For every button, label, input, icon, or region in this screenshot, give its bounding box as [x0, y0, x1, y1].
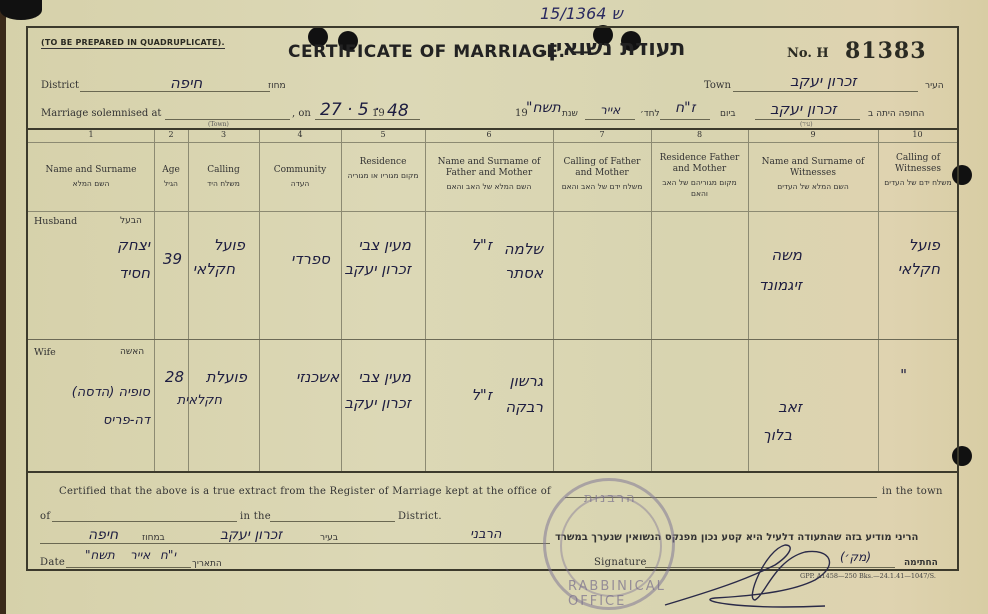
column-number: 7 — [553, 130, 651, 139]
row-label-he: האשה — [120, 347, 144, 357]
he-year-value: תשח" — [526, 100, 561, 116]
column-header-row: Name and Surname השם המלא Age הגיל Calli… — [28, 143, 957, 212]
he-town-label: בעיר — [320, 533, 338, 543]
header-en: Residence — [360, 157, 407, 167]
reference-number: ש 15/1364 — [540, 4, 623, 23]
husband-mother: אסתר — [505, 258, 543, 288]
husband-residence-2: זכרון יעקב — [344, 254, 411, 284]
column-number: 2 — [154, 130, 188, 139]
husband-age: 39 — [163, 244, 182, 274]
column-number: 4 — [259, 130, 341, 139]
header-parents-calling: Calling of Father and Mother משלח ידם של… — [556, 157, 648, 192]
he-chuppah-label: החופה היתה ב — [868, 109, 924, 119]
date-he-year: תשח" — [85, 548, 115, 562]
husband-witness-calling-2: חקלאי — [898, 254, 940, 284]
wife-surname: דה-פריס — [103, 406, 150, 436]
certificate-paper: ש 15/1364 (TO BE PREPARED IN QUADRUPLICA… — [0, 0, 988, 614]
signature-label-he: החתימה — [904, 558, 938, 568]
he-month-line — [585, 119, 635, 120]
header-age: Age הגיל — [154, 165, 188, 189]
certification-line-1: Certified that the above is a true extra… — [59, 486, 551, 497]
header-en: Residence Father and Mother — [660, 153, 740, 174]
column-number: 1 — [28, 130, 154, 139]
header-he: משלח ידם של האב והאם — [556, 181, 648, 192]
row-label-he: הבעל — [120, 216, 142, 226]
header-he: משלח היד — [188, 178, 259, 189]
wife-community: אשכנזי — [296, 362, 339, 392]
husband-community: ספרדי — [291, 244, 330, 274]
he-month-value: אייר — [600, 103, 620, 117]
header-he: השם המלא — [28, 178, 154, 189]
he-statement-line — [40, 543, 550, 544]
certificate-title-he: תעודת נשואין. — [540, 36, 685, 61]
he-year-label: שנת — [562, 109, 578, 119]
scan-edge — [0, 0, 6, 614]
column-number: 6 — [425, 130, 553, 139]
husband-calling-2: חקלאי — [193, 254, 235, 284]
date-cert-line — [66, 567, 191, 568]
row-divider — [28, 339, 957, 340]
column-number: 10 — [878, 130, 957, 139]
header-witnesses-calling: Calling of Witnesses משלח ידם של העדים — [883, 153, 953, 188]
certificate-number: 81383 — [845, 38, 927, 64]
in-the-line — [270, 521, 395, 522]
column-number: 3 — [188, 130, 259, 139]
header-en: Calling of Witnesses — [895, 153, 941, 174]
column-number-row: 1 2 3 4 5 6 7 8 9 10 — [28, 130, 957, 143]
he-district-value: חיפה — [88, 527, 118, 543]
column-number: 8 — [651, 130, 748, 139]
he-day-label: ביום — [720, 109, 736, 119]
header-he: משלח ידם של העדים — [883, 177, 953, 188]
year-prefix: 19 — [372, 108, 385, 119]
date-label: Date — [40, 557, 65, 568]
year-value: 48 — [387, 101, 409, 121]
header-calling: Calling משלח היד — [188, 165, 259, 189]
husband-witness-1: משה — [771, 240, 802, 270]
header-en: Calling — [207, 165, 239, 175]
district-label: District — [41, 80, 79, 91]
stamp-text-he: הרבנות — [584, 491, 637, 506]
town-label: Town — [704, 80, 731, 91]
solemnised-sub: (Town) — [208, 121, 229, 128]
he-place-sub: (עיר) — [800, 121, 813, 128]
row-label-en: Wife — [34, 347, 56, 358]
header-en: Name and Surname of Father and Mother — [438, 157, 541, 178]
wife-witness-1: זאב — [778, 392, 802, 422]
on-label: , on — [292, 108, 311, 119]
column-number: 5 — [341, 130, 425, 139]
wife-residence-2: זכרון יעקב — [344, 388, 411, 418]
husband-surname: חסיד — [119, 258, 150, 288]
he-day-value: ז"ח — [675, 100, 695, 116]
rabbinical-office-stamp: RABBINICAL OFFICE הרבנות — [543, 478, 675, 610]
header-parents-residence: Residence Father and Mother מקום מגוריהם… — [654, 153, 745, 199]
date-line — [315, 119, 420, 120]
he-place-line — [755, 119, 860, 120]
row-label-en: Husband — [34, 216, 77, 227]
certification-of: of — [40, 511, 50, 522]
marriage-date: 27 · 5 · — [320, 100, 379, 120]
he-day-line — [660, 119, 710, 120]
town-label-he: העיר — [925, 81, 944, 91]
corner-blot — [0, 0, 42, 20]
wife-calling-2: חקלאית — [177, 386, 222, 416]
stamp-text: RABBINICAL OFFICE — [568, 579, 672, 609]
district-value: חיפה — [170, 74, 202, 92]
date-he-month: אייר — [130, 548, 150, 562]
solemnised-line — [165, 119, 290, 120]
number-label: No. H — [787, 46, 829, 61]
certification-district: District. — [398, 511, 442, 522]
header-en: Community — [274, 165, 327, 175]
he-month-label: לחד׳ — [640, 109, 660, 119]
husband-name: יצחק — [117, 230, 150, 260]
header-en: Name and Surname of Witnesses — [762, 157, 865, 178]
prep-note: (TO BE PREPARED IN QUADRUPLICATE). — [41, 38, 225, 49]
header-residence: Residence מקום מגוריו או מגוריה — [346, 157, 420, 181]
certification-in-the: in the — [240, 511, 271, 522]
header-he: הגיל — [154, 178, 188, 189]
header-community: Community העדה — [259, 165, 341, 189]
header-en: Age — [162, 165, 180, 175]
header-en: Calling of Father and Mother — [564, 157, 641, 178]
header-witnesses: Name and Surname of Witnesses השם המלא ש… — [753, 157, 873, 192]
wife-mother: רבקה — [505, 392, 543, 422]
wife-father-mark: ז"ל — [471, 380, 492, 410]
header-he: השם המלא של האב והאם — [428, 181, 550, 192]
date-he-day: י"ח — [160, 548, 176, 562]
header-he: מקום מגוריהם של האב והאם — [654, 177, 745, 199]
header-parents-name: Name and Surname of Father and Mother הש… — [428, 157, 550, 192]
header-he: השם המלא של העדים — [753, 181, 873, 192]
header-en: Name and Surname — [45, 165, 136, 175]
of-line — [52, 521, 237, 522]
wife-witness-2: בלוך — [763, 420, 792, 450]
header-he: העדה — [259, 178, 341, 189]
date-label-he: התאריך — [192, 559, 222, 569]
husband-father-mark: ז"ל — [471, 230, 492, 260]
he-office-value: הרבני — [470, 527, 501, 542]
town-line — [733, 91, 918, 92]
solemnised-label: Marriage solemnised at — [41, 108, 161, 119]
town-value: זכרון יעקב — [790, 72, 857, 90]
wife-witness-calling: " — [900, 360, 907, 390]
he-district-label: במחוז — [142, 533, 165, 543]
husband-witness-2: זיגמונד — [759, 270, 802, 300]
certification-line-1-end: in the town — [882, 486, 943, 497]
column-number: 9 — [748, 130, 878, 139]
marriage-register-table: 1 2 3 4 5 6 7 8 9 10 Name and Surname הש… — [28, 128, 957, 473]
wife-name: סופיה (הדסה) — [72, 378, 150, 408]
he-place-value: זכרון יעקב — [770, 100, 837, 118]
header-name: Name and Surname השם המלא — [28, 165, 154, 189]
he-town-value: זכרון יעקב — [220, 527, 282, 543]
printer-line: GPP. A1458—250 Bks.—24.1.41—1047/S. — [800, 572, 936, 580]
district-label-he: מחוז — [268, 81, 286, 91]
header-he: מקום מגוריו או מגוריה — [346, 170, 420, 181]
